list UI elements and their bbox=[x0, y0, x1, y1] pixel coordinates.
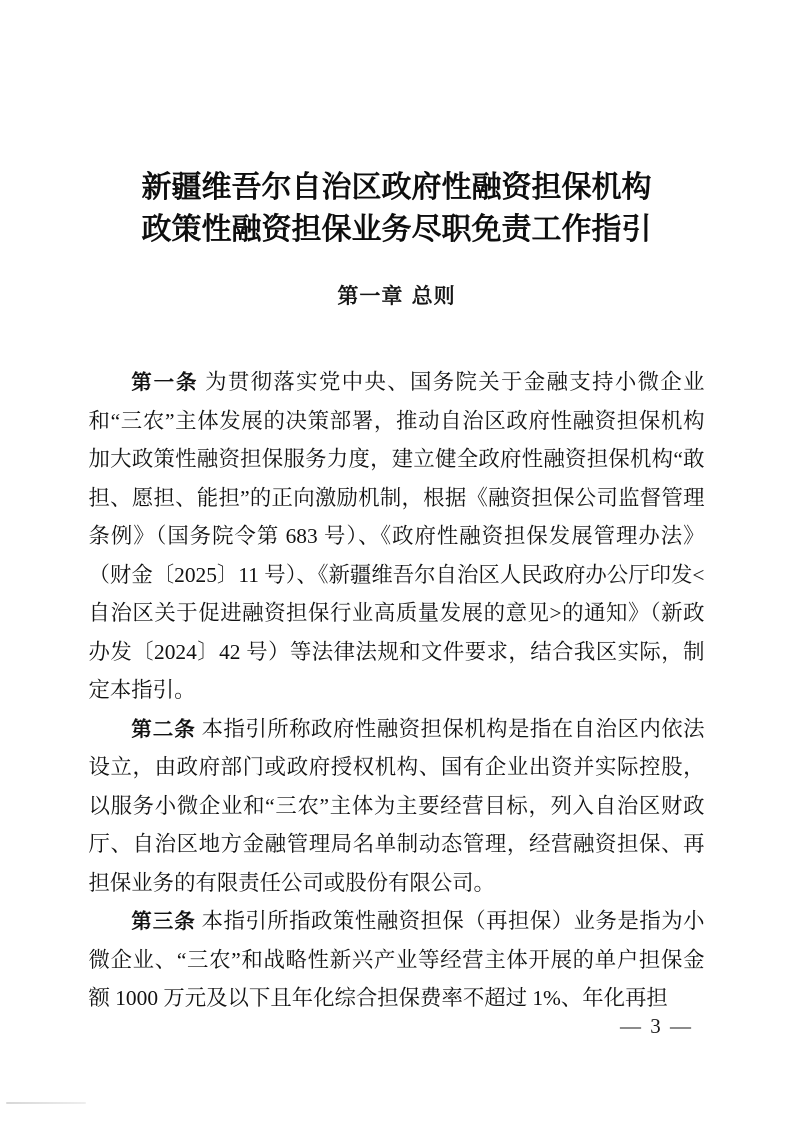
article-text-1: 为贯彻落实党中央、国务院关于金融支持小微企业和“三农”主体发展的决策部署，推动自… bbox=[89, 370, 705, 702]
article-text-2: 本指引所称政府性融资担保机构是指在自治区内依法设立，由政府部门或政府授权机构、国… bbox=[89, 717, 705, 895]
chapter-heading: 第一章 总则 bbox=[0, 280, 793, 310]
document-title-line-1: 新疆维吾尔自治区政府性融资担保机构 bbox=[0, 167, 793, 209]
document-title: 新疆维吾尔自治区政府性融资担保机构 政策性融资担保业务尽职免责工作指引 bbox=[0, 0, 793, 251]
article-label-3: 第三条 bbox=[131, 909, 195, 933]
article-paragraph-3: 第三条 本指引所指政策性融资担保（再担保）业务是指为小微企业、“三农”和战略性新… bbox=[89, 902, 705, 1018]
article-paragraph-1: 第一条 为贯彻落实党中央、国务院关于金融支持小微企业和“三农”主体发展的决策部署… bbox=[89, 363, 705, 710]
scan-artifact-line bbox=[6, 1102, 86, 1104]
document-page: 新疆维吾尔自治区政府性融资担保机构 政策性融资担保业务尽职免责工作指引 第一章 … bbox=[0, 0, 793, 1121]
document-title-line-2: 政策性融资担保业务尽职免责工作指引 bbox=[0, 209, 793, 251]
article-label-1: 第一条 bbox=[131, 370, 198, 394]
document-body: 第一条 为贯彻落实党中央、国务院关于金融支持小微企业和“三农”主体发展的决策部署… bbox=[89, 363, 705, 1018]
page-number: — 3 — bbox=[620, 1014, 693, 1039]
article-paragraph-2: 第二条 本指引所称政府性融资担保机构是指在自治区内依法设立，由政府部门或政府授权… bbox=[89, 710, 705, 903]
article-label-2: 第二条 bbox=[131, 717, 195, 741]
